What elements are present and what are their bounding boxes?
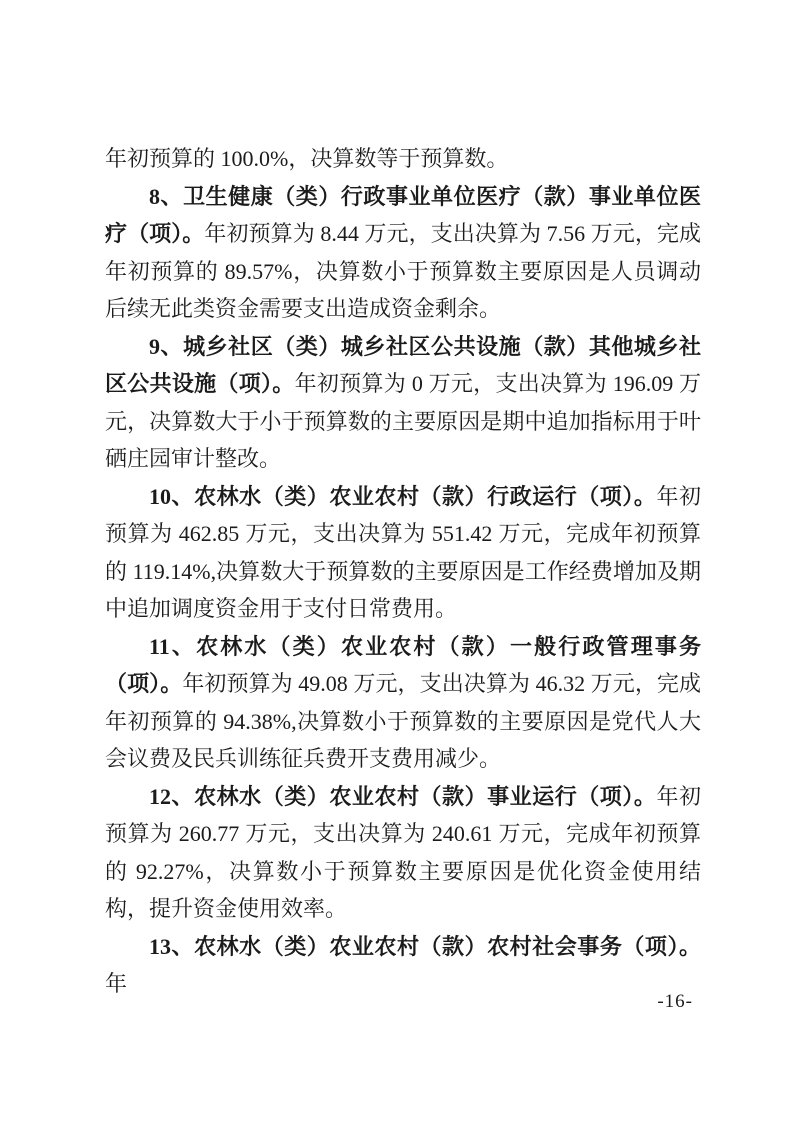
para-item-13: 13、农林水（类）农业农村（款）农村社会事务（项）。年 [105,928,701,1003]
paragraph-heading-text: 13、农林水（类）农业农村（款）农村社会事务（项）。 [149,934,701,959]
paragraph-heading-text: 10、农林水（类）农业农村（款）行政运行（项）。 [149,484,656,509]
para-continuation: 年初预算的 100.0%，决算数等于预算数。 [105,140,701,178]
para-item-11: 11、农林水（类）农业农村（款）一般行政管理事务（项）。年初预算为 49.08 … [105,628,701,778]
paragraph-body-text: 年 [105,971,127,996]
document-page: 年初预算的 100.0%，决算数等于预算数。8、卫生健康（类）行政事业单位医疗（… [0,0,793,1122]
page-number: -16- [657,991,693,1013]
document-body: 年初预算的 100.0%，决算数等于预算数。8、卫生健康（类）行政事业单位医疗（… [105,140,701,1003]
para-item-9: 9、城乡社区（类）城乡社区公共设施（款）其他城乡社区公共设施（项）。年初预算为 … [105,328,701,478]
paragraph-body-text: 年初预算的 100.0%，决算数等于预算数。 [105,146,508,171]
paragraph-body-text: 年初预算为 49.08 万元，支出决算为 46.32 万元，完成年初预算的 94… [105,671,701,771]
paragraph-heading-text: 12、农林水（类）农业农村（款）事业运行（项）。 [149,784,656,809]
para-item-10: 10、农林水（类）农业农村（款）行政运行（项）。年初预算为 462.85 万元，… [105,478,701,628]
para-item-8: 8、卫生健康（类）行政事业单位医疗（款）事业单位医疗（项）。年初预算为 8.44… [105,178,701,328]
para-item-12: 12、农林水（类）农业农村（款）事业运行（项）。年初预算为 260.77 万元，… [105,778,701,928]
